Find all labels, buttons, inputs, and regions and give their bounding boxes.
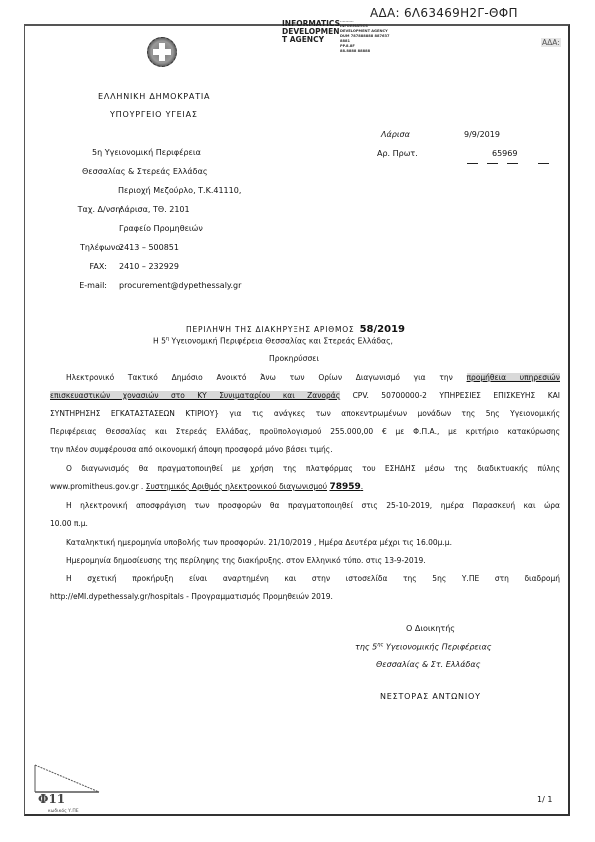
- stamp-code: Φ11: [38, 792, 65, 806]
- signatory-name: ΝΕΣΤΟΡΑΣ ΑΝΤΩΝΙΟΥ: [380, 692, 481, 701]
- field-value-postal: Λάρισα, ΤΘ. 2101: [119, 205, 190, 214]
- para1-line2: επισκευαστικών χονασιών στο ΚΥ Συνιματαρ…: [50, 391, 560, 400]
- stamp-caption: κωδικός Υ.ΠΕ: [48, 809, 79, 814]
- posting-line2[interactable]: http://eMI.dypethessaly.gr/hospitals - Π…: [50, 592, 333, 601]
- state-name: ΕΛΛΗΝΙΚΗ ΔΗΜΟΚΡΑΤΙΑ: [98, 92, 210, 101]
- place-label: Λάρισα: [381, 130, 410, 139]
- dash-line: [467, 163, 478, 164]
- field-label: FAX:: [50, 262, 107, 271]
- system-label: Συστημικός Αριθμός ηλεκτρονικού διαγωνισ…: [146, 482, 327, 491]
- para2-line2: www.promitheus.gov.gr . Συστημικός Αριθμ…: [50, 482, 363, 492]
- greek-coat-of-arms-icon: [147, 37, 177, 67]
- para1-line4: Περιφέρειας Θεσσαλίας και Στερεάς Ελλάδα…: [50, 427, 560, 436]
- publication-line: Ημερομηνία δημοσίευσης της περίληψης της…: [66, 556, 426, 565]
- agency-small-line: 88.8888 88888: [340, 49, 390, 54]
- field-value-email[interactable]: procurement@dypethessaly.gr: [119, 281, 241, 290]
- signature-role: Ο Διοικητής: [406, 624, 455, 633]
- field-value-fax: 2410 – 232929: [119, 262, 179, 271]
- sender-region-name: Θεσσαλίας & Στερεάς Ελλάδας: [82, 167, 208, 176]
- notice-number: 58/2019: [360, 324, 405, 335]
- para1-line3: ΣΥΝΤΗΡΗΣΗΣ ΕΓΚΑΤΑΣΤΑΣΕΩΝ ΚΤΙΡΙΟΥ} για τι…: [50, 409, 560, 418]
- deadline-line: Καταληκτική ημερομηνία υποβολής των προσ…: [66, 538, 452, 547]
- field-value-phone: 2413 – 500851: [119, 243, 179, 252]
- announcer-line: Η 5η Υγειονομική Περιφέρεια Θεσσαλίας κα…: [153, 336, 393, 346]
- para1-line5: την πλέον συμφέρουσα από οικονομική άποψ…: [50, 445, 333, 454]
- para3-line1: Η ηλεκτρονική αποσφράγιση των προσφορών …: [66, 501, 560, 510]
- agency-signature-block: .......... INFORMATICS DEVELOPMENT AGENC…: [340, 19, 390, 54]
- sender-address: Περιοχή Μεζούρλο, Τ.Κ.41110,: [118, 186, 241, 195]
- signature-line3: Θεσσαλίας & Στ. Ελλάδας: [376, 660, 480, 669]
- para1-line1: Ηλεκτρονικό Τακτικό Δημόσιο Ανοικτό Άνω …: [66, 373, 560, 382]
- para2-line1: Ο διαγωνισμός θα πραγματοποιηθεί με χρήσ…: [66, 464, 560, 473]
- ada-label-box: ΑΔΑ:: [541, 38, 561, 47]
- ada-code: ΑΔΑ: 6Λ63469Η2Γ-ΘΦΠ: [370, 6, 518, 20]
- document-date: 9/9/2019: [464, 130, 500, 139]
- protocol-number: 65969: [492, 149, 517, 158]
- dash-line: [507, 163, 518, 164]
- proclaims: Προκηρύσσει: [269, 354, 319, 363]
- agency-logo-text: INFORMATICS DEVELOPMEN T AGENCY: [282, 20, 340, 44]
- field-label: E-mail:: [50, 281, 107, 290]
- agency-logo-line: T AGENCY: [282, 36, 340, 44]
- page-indicator: 1/ 1: [537, 795, 552, 804]
- promitheus-link[interactable]: www.promitheus.gov.gr: [50, 482, 139, 491]
- dash-line: [487, 163, 498, 164]
- field-label: Ταχ. Δ/νση:: [50, 205, 123, 214]
- notice-title: ΠΕΡΙΛΗΨΗ ΤΗΣ ΔΙΑΚΗΡΥΞΗΣ ΑΡΙΘΜΟΣ 58/2019: [186, 317, 405, 336]
- sender-region: 5η Υγειονομική Περιφέρεια: [92, 148, 201, 157]
- para3-line2: 10.00 π.μ.: [50, 519, 88, 528]
- stamp-triangle-icon: [34, 764, 100, 794]
- document-frame: [24, 24, 570, 816]
- protocol-label: Αρ. Πρωτ.: [377, 149, 418, 158]
- field-value-office: Γραφείο Προμηθειών: [119, 224, 203, 233]
- notice-title-prefix: ΠΕΡΙΛΗΨΗ ΤΗΣ ΔΙΑΚΗΡΥΞΗΣ ΑΡΙΘΜΟΣ: [186, 325, 354, 334]
- system-number: 78959: [329, 482, 360, 492]
- ministry-name: ΥΠΟΥΡΓΕΙΟ ΥΓΕΙΑΣ: [110, 110, 198, 119]
- posting-line1: Η σχετική προκήρυξη είναι αναρτημένη και…: [66, 574, 560, 583]
- dash-line: [538, 163, 549, 164]
- field-label: Τηλέφωνο:: [50, 243, 123, 252]
- signature-line2: της 5ης Υγειονομικής Περιφέρειας: [355, 642, 491, 652]
